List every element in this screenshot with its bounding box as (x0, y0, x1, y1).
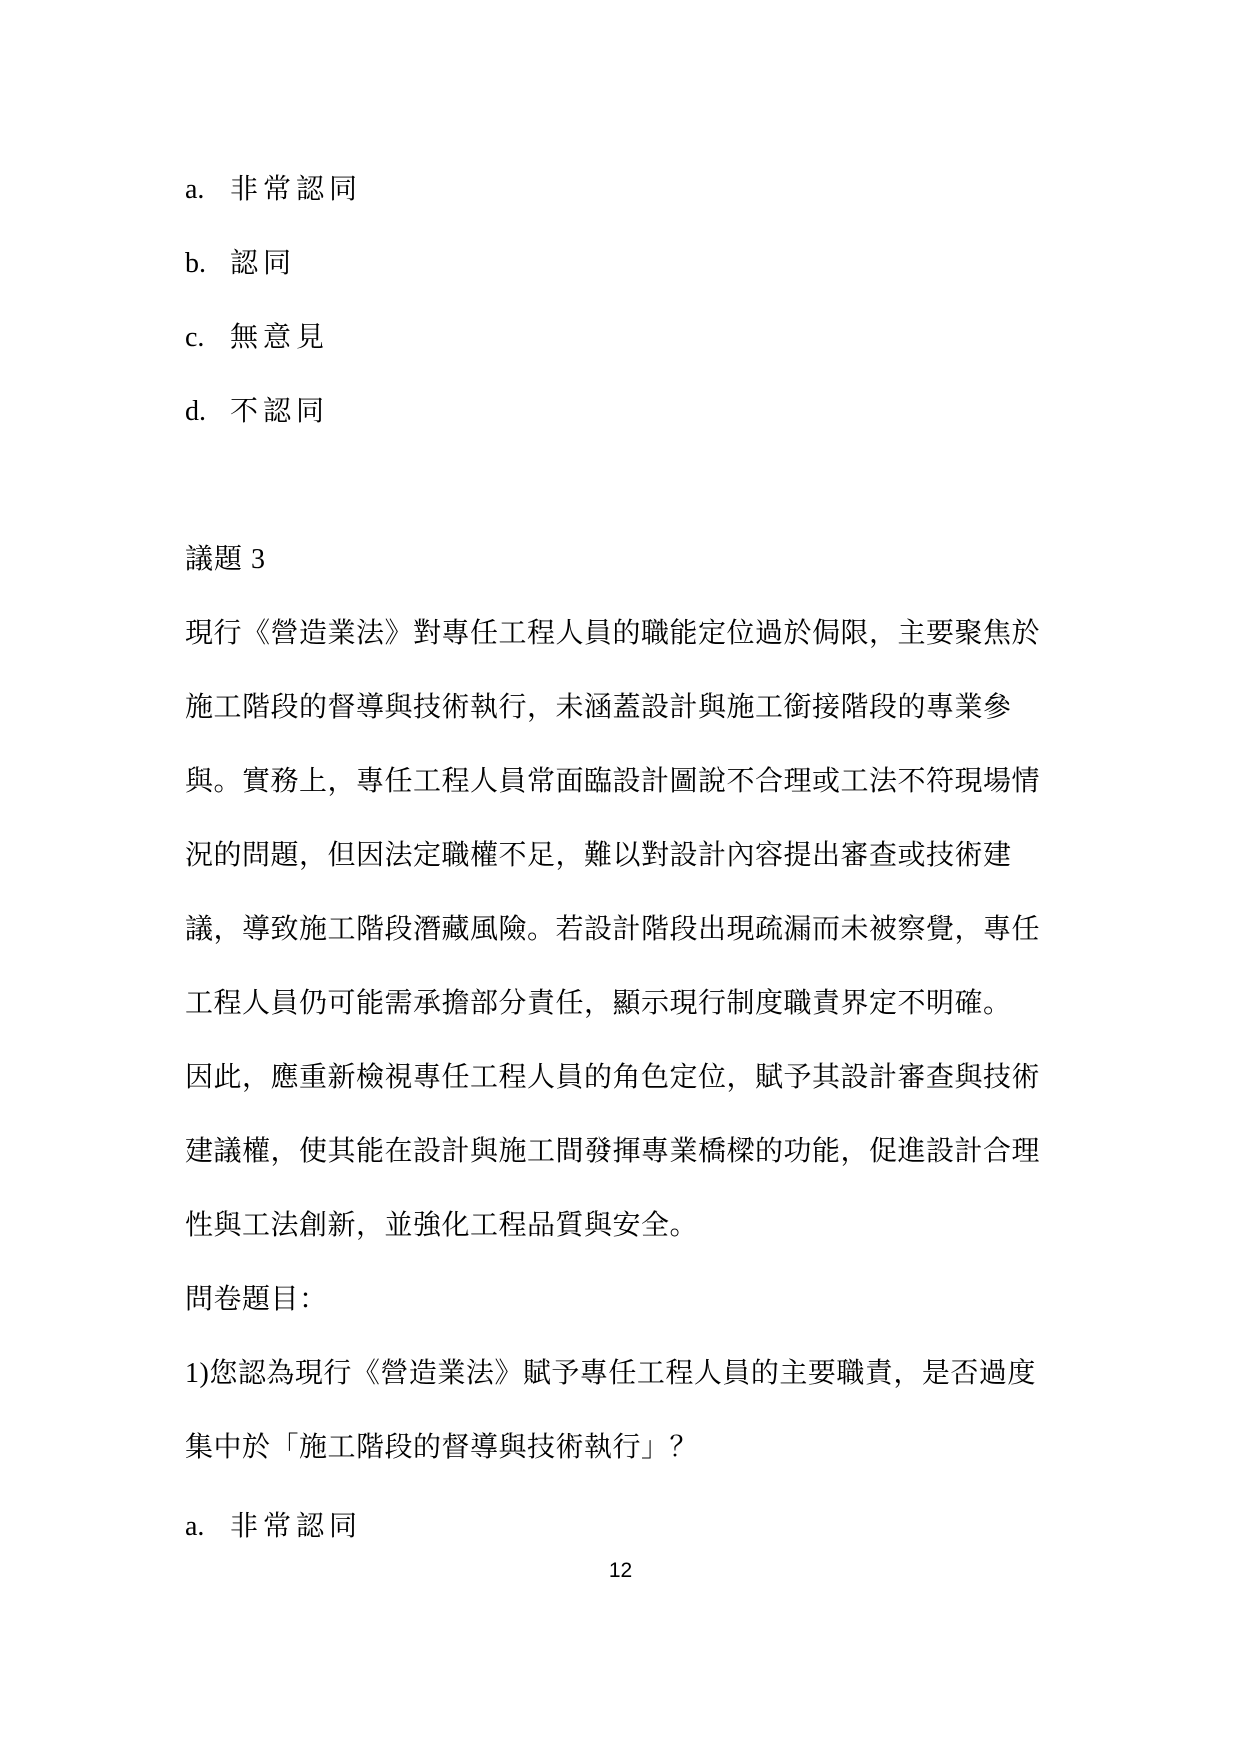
option-label: 不認同 (230, 396, 329, 427)
question-line: 集中於「施工階段的督導與技術執行」？ (185, 1411, 698, 1485)
document-page: a.非常認同 b.認同 c.無意見 d.不認同 議題 3 現行《營造業法》對專任… (0, 0, 1241, 1755)
option-letter: c. (185, 301, 230, 375)
paragraph-line: 況的問題，但因法定職權不足，難以對設計內容提出審查或技術建 (185, 819, 1045, 893)
paragraph-line: 因此，應重新檢視專任工程人員的角色定位，賦予其設計審查與技術 (185, 1041, 1045, 1115)
option-letter: d. (185, 375, 230, 449)
option-label: 認同 (230, 248, 296, 279)
paragraph-line: 施工階段的督導與技術執行，未涵蓋設計與施工銜接階段的專業參 (185, 671, 1045, 745)
paragraph-line: 與。實務上，專任工程人員常面臨設計圖說不合理或工法不符現場情 (185, 745, 1045, 819)
page-number: 12 (0, 1558, 1241, 1584)
option-label: 非常認同 (230, 174, 362, 205)
paragraph-line: 工程人員仍可能需承擔部分責任，顯示現行制度職責界定不明確。 (185, 967, 1045, 1041)
option-label: 非常認同 (230, 1511, 362, 1542)
paragraph-line: 建議權，使其能在設計與施工間發揮專業橋樑的功能，促進設計合理 (185, 1115, 1045, 1189)
option-item-a: a.非常認同 (185, 153, 362, 227)
question-line: 1)您認為現行《營造業法》賦予專任工程人員的主要職責，是否過度 (185, 1337, 1045, 1411)
paragraph-line: 性與工法創新，並強化工程品質與安全。 (185, 1189, 1045, 1263)
option-item-d: d.不認同 (185, 375, 329, 449)
paragraph-line: 議，導致施工階段潛藏風險。若設計階段出現疏漏而未被察覺，專任 (185, 893, 1045, 967)
option-item-b: b.認同 (185, 227, 296, 301)
option-letter: b. (185, 227, 230, 301)
questionnaire-label: 問卷題目： (185, 1263, 328, 1337)
paragraph-line: 現行《營造業法》對專任工程人員的職能定位過於侷限，主要聚焦於 (185, 597, 1045, 671)
option-item-c: c.無意見 (185, 301, 329, 375)
option-label: 無意見 (230, 322, 329, 353)
option-item-a-bottom: a.非常認同 (185, 1490, 362, 1564)
option-letter: a. (185, 153, 230, 227)
topic-heading: 議題 3 (185, 523, 266, 597)
option-letter: a. (185, 1490, 230, 1564)
